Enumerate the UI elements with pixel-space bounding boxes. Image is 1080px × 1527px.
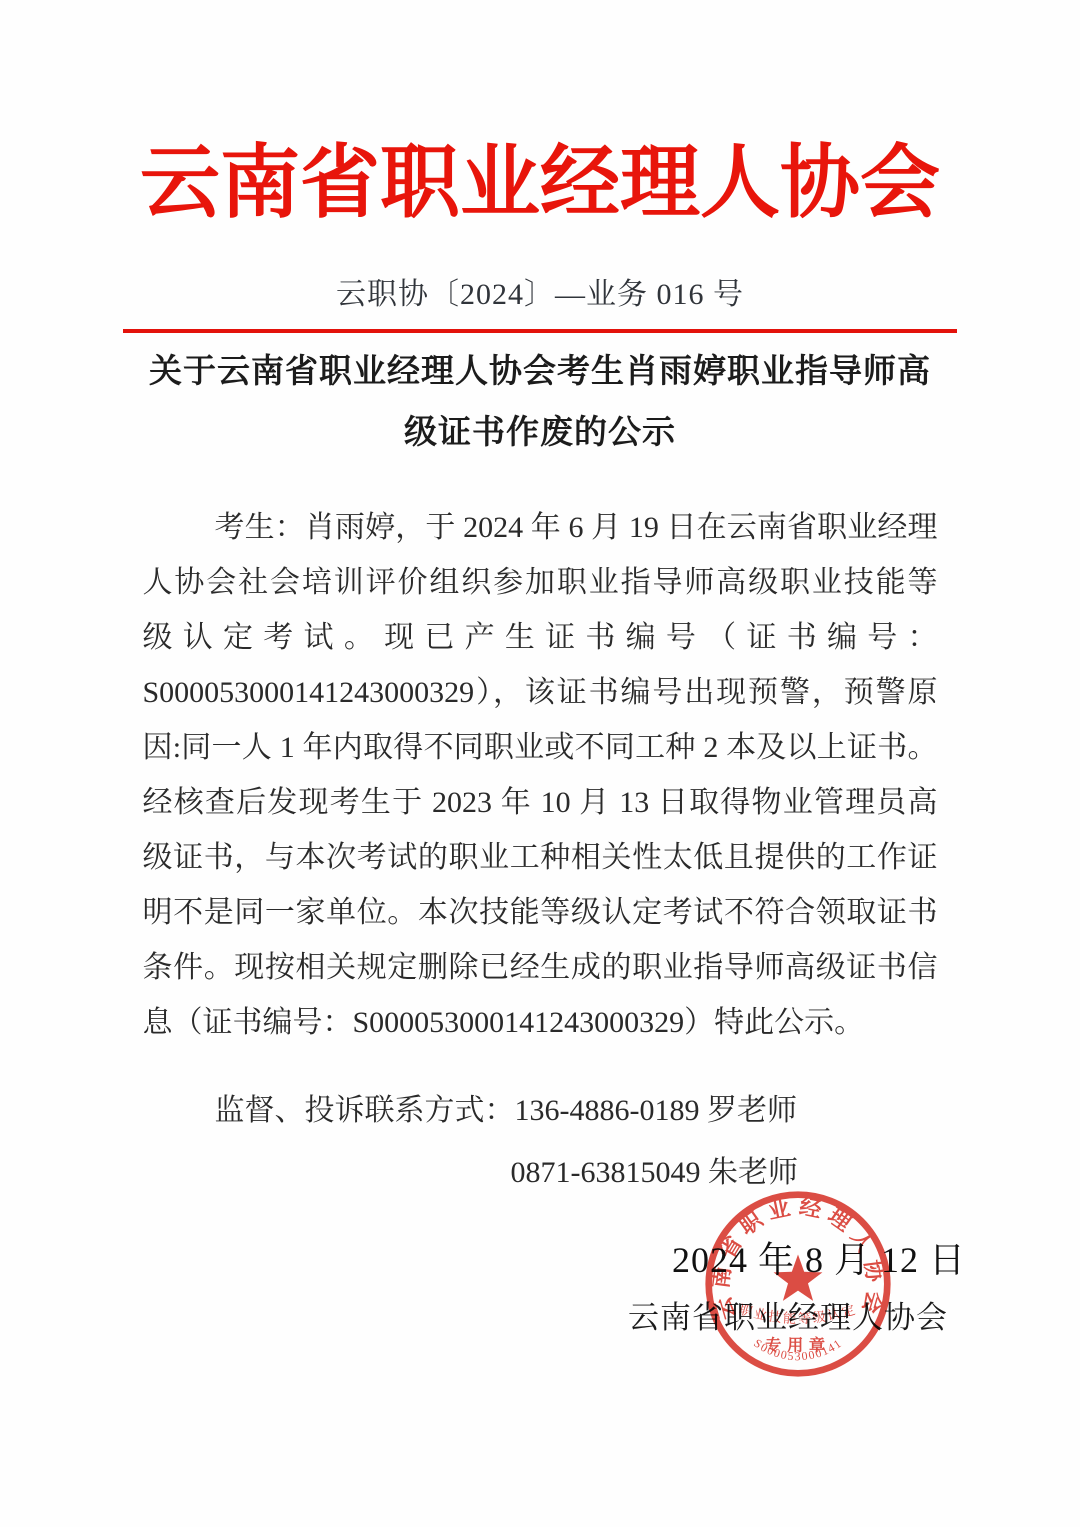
body-line: S000053000141243000329），该证书编号出现预警，预警原 [143,665,938,720]
document-number: 云职协〔2024〕—业务 016 号 [0,278,1080,312]
contact-info: 监督、投诉联系方式：136-4886-0189 罗老师 0871-6381504… [143,1080,938,1204]
body-line: 级认定考试。现已产生证书编号（证书编号： [143,610,938,665]
body-line: 经核查后发现考生于 2023 年 10 月 13 日取得物业管理员高 [143,775,938,830]
body-line: 条件。现按相关规定删除已经生成的职业指导师高级证书信 [143,940,938,995]
body-line: 级证书，与本次考试的职业工种相关性太低且提供的工作证 [143,830,938,885]
seal-middle-text: 职业技能等级认定 [737,1302,858,1326]
body-line: 明不是同一家单位。本次技能等级认定考试不符合领取证书 [143,885,938,940]
body-line: 息（证书编号：S000053000141243000329）特此公示。 [143,995,938,1050]
notice-heading: 关于云南省职业经理人协会考生肖雨婷职业指导师高 级证书作废的公示 [0,342,1080,464]
body-line: 因:同一人 1 年内取得不同职业或不同工种 2 本及以上证书。 [143,720,938,775]
contact-line-1: 监督、投诉联系方式：136-4886-0189 罗老师 [143,1080,938,1142]
notice-heading-line-1: 关于云南省职业经理人协会考生肖雨婷职业指导师高 [0,342,1080,403]
svg-text:职业技能等级认定: 职业技能等级认定 [737,1302,858,1326]
page-title: 云南省职业经理人协会 [0,0,1080,232]
official-seal-stamp-icon: 云南省职业经理人协会 职业技能等级认定 专用章 S000053000141 [703,1189,893,1379]
red-divider-rule [123,329,957,333]
body-line: 人协会社会培训评价组织参加职业指导师高级职业技能等 [143,555,938,610]
body-line: 考生：肖雨婷，于 2024 年 6 月 19 日在云南省职业经理 [143,500,938,555]
notice-body: 考生：肖雨婷，于 2024 年 6 月 19 日在云南省职业经理 人协会社会培训… [143,500,938,1050]
seal-star-icon [774,1255,823,1301]
document-page: 云南省职业经理人协会 云职协〔2024〕—业务 016 号 关于云南省职业经理人… [0,0,1080,1527]
notice-heading-line-2: 级证书作废的公示 [0,403,1080,464]
